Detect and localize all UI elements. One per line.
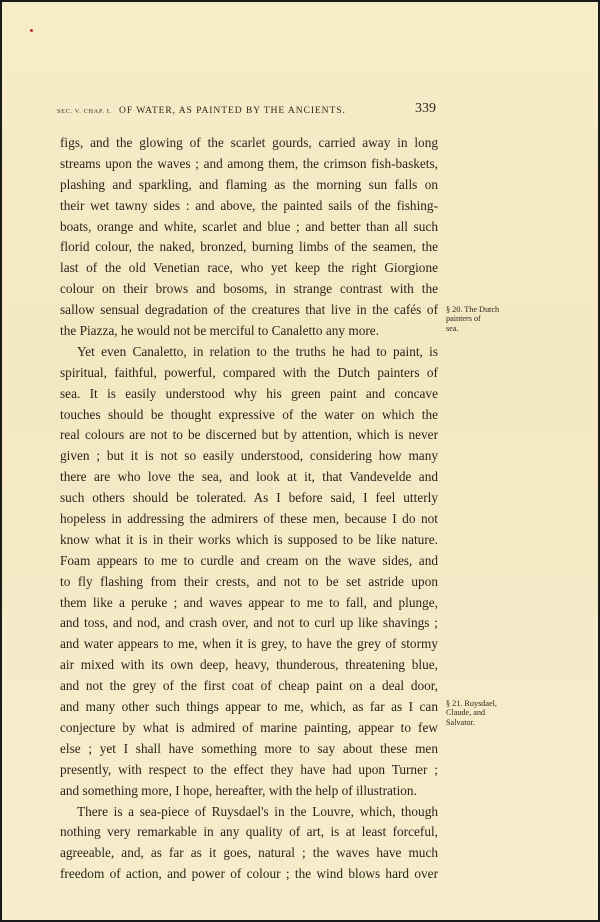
sidenote-line: § 21. Ruysdael, [446, 699, 526, 708]
paragraph-section-21: There is a sea-piece of Ruysdael's in th… [60, 802, 438, 886]
book-page: Sec. V. Chap. I. Of Water, as Painted by… [2, 2, 598, 920]
text-line: boats, orange and white, scarlet and blu… [60, 217, 438, 238]
ink-speck [30, 29, 33, 32]
text-line: their wet tawny sides : and above, the p… [60, 196, 438, 217]
text-line: There is a sea-piece of Ruysdael's in th… [60, 802, 438, 823]
text-line: colour on their brows and bosoms, in str… [60, 279, 438, 300]
text-line: nothing very remarkable in any quality o… [60, 822, 438, 843]
text-line: plashing and sparkling, and flaming as t… [60, 175, 438, 196]
text-line: sallow sensual degradation of the creatu… [60, 300, 438, 321]
text-line: figs, and the glowing of the scarlet gou… [60, 133, 438, 154]
sidenote-section-20: § 20. The Dutch painters of sea. [446, 305, 526, 333]
text-line: air mixed with its own deep, heavy, thun… [60, 655, 438, 676]
text-line: freedom of action, and power of colour ;… [60, 864, 438, 885]
text-line: Yet even Canaletto, in relation to the t… [60, 342, 438, 363]
text-line: else ; yet I shall have something more t… [60, 739, 438, 760]
paragraph-section-20: Yet even Canaletto, in relation to the t… [60, 342, 438, 802]
text-line: touches should be thought expressive of … [60, 405, 438, 426]
text-line: real colours are not to be discerned but… [60, 425, 438, 446]
sidenote-line: painters of [446, 314, 526, 323]
sidenote-line: § 20. The Dutch [446, 305, 526, 314]
running-head-title: Of Water, as Painted by the Ancients. [119, 105, 346, 116]
text-line: agreeable, and, as far as it goes, natur… [60, 843, 438, 864]
text-line: streams upon the waves ; and among them,… [60, 154, 438, 175]
text-line: to fly flashing from their crests, and n… [60, 572, 438, 593]
sidenote-line: sea. [446, 324, 526, 333]
text-line: and many other such things appear to me,… [60, 697, 438, 718]
text-line: florid colour, the naked, bronzed, burni… [60, 237, 438, 258]
text-line: and water appears to me, when it is grey… [60, 634, 438, 655]
sidenote-line: Salvator. [446, 718, 526, 727]
text-line: the Piazza, he would not be merciful to … [60, 321, 438, 342]
text-line: there are who love the sea, and look at … [60, 467, 438, 488]
text-line: conjecture by what is admired of marine … [60, 718, 438, 739]
text-line: know what it is in their works which is … [60, 530, 438, 551]
text-line: Foam appears to me to curdle and cream o… [60, 551, 438, 572]
text-line: presently, with respect to the effect th… [60, 760, 438, 781]
text-line: last of the old Venetian race, who yet k… [60, 258, 438, 279]
body-text: figs, and the glowing of the scarlet gou… [60, 133, 438, 885]
page-number: 339 [415, 101, 436, 117]
text-line: such others should be tolerated. As I be… [60, 488, 438, 509]
text-line: and something more, I hope, hereafter, w… [60, 781, 438, 802]
text-line: spiritual, faithful, powerful, compared … [60, 363, 438, 384]
text-line: them like a peruke ; and waves appear to… [60, 593, 438, 614]
text-line: and not the grey of the first coat of ch… [60, 676, 438, 697]
running-head: Sec. V. Chap. I. Of Water, as Painted by… [57, 101, 452, 121]
text-line: hopeless in addressing the admirers of t… [60, 509, 438, 530]
sidenote-section-21: § 21. Ruysdael, Claude, and Salvator. [446, 699, 526, 727]
text-line: and toss, and nod, and crash over, and n… [60, 613, 438, 634]
running-head-section: Sec. V. Chap. I. [57, 108, 112, 115]
paragraph-continuation: figs, and the glowing of the scarlet gou… [60, 133, 438, 342]
text-line: given ; but it is not so easily understo… [60, 446, 438, 467]
sidenote-line: Claude, and [446, 708, 526, 717]
text-line: sea. It is easily understood why his gre… [60, 384, 438, 405]
